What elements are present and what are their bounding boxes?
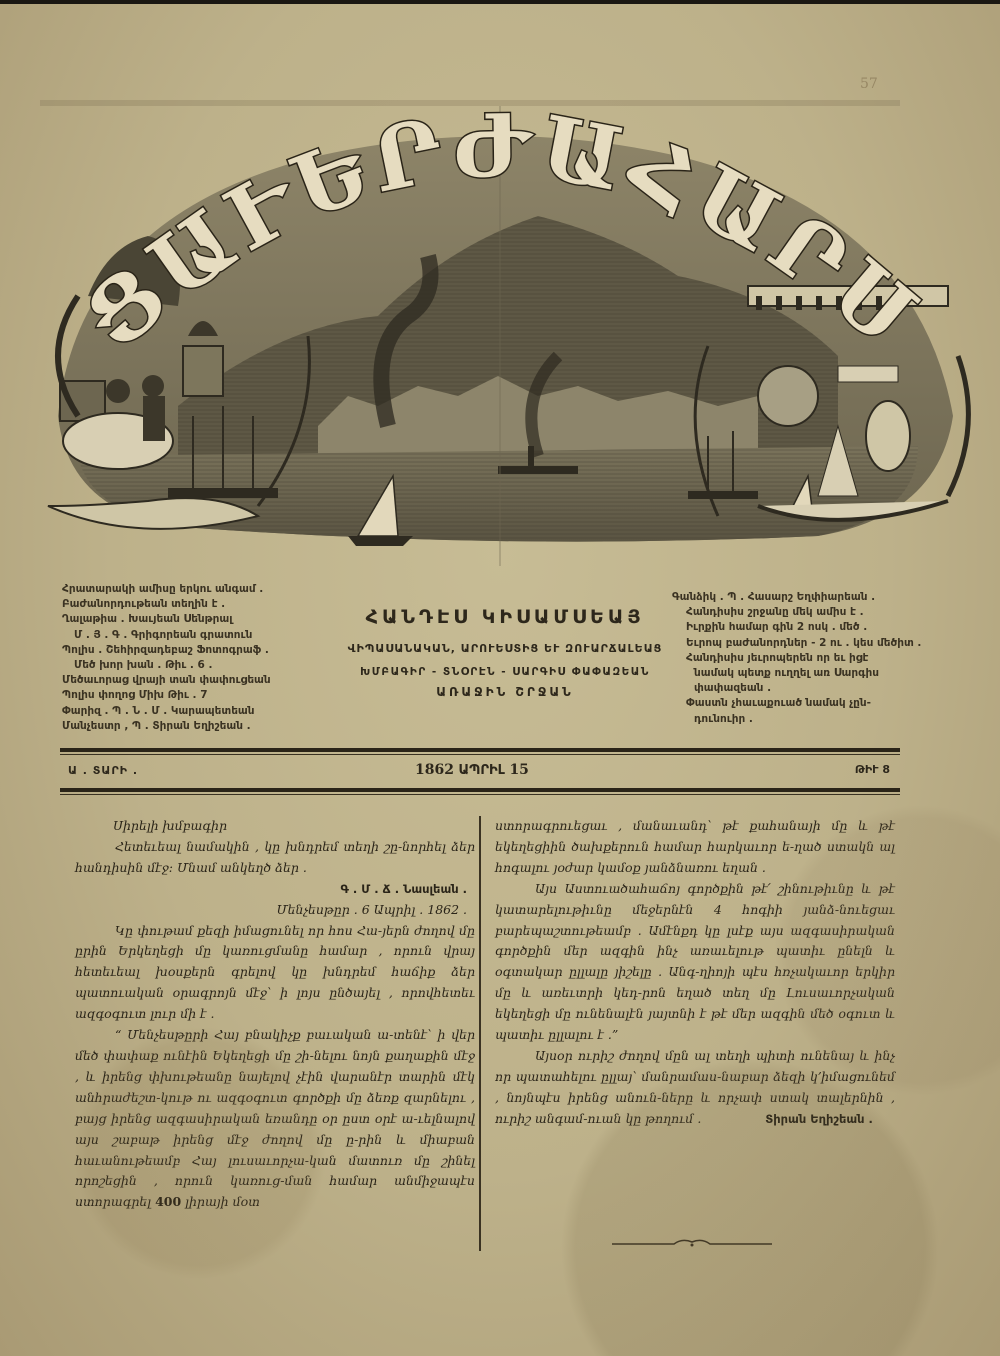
salutation: Սիրելի խմբագիր (75, 816, 475, 837)
paragraph: Այսօր ուրիշ ժողով մըն ալ տեղի պիտի ունեն… (495, 1046, 895, 1130)
info-line: նամակ պետք ուղղել առ Սարգիս (672, 666, 932, 681)
info-line: Պոլիս փողոց Միխ Թիւ . 7 (62, 688, 312, 703)
masthead: ՑԱՒԵՐԺԱՀԱՐՍ (18, 96, 983, 566)
amount-value: 400 (155, 1194, 181, 1209)
series-line: ԱՌԱՋԻՆ ՇՐՋԱՆ (320, 685, 690, 699)
info-line: Փաստն չհաւաքուած նամակ չըն- (672, 696, 932, 711)
info-line: Հանդիսիս յեւրոպերեն որ եւ իցէ (672, 651, 932, 666)
subscription-info-left: Հրատարակի ամիսը երկու անգամ . Բաժանորդու… (62, 582, 312, 734)
info-line: դունուիր . (672, 712, 932, 727)
info-line: Մ . Յ . Գ . Գրիգորեան գրատուն (62, 628, 312, 643)
issue-number-value: 8 (882, 763, 890, 776)
svg-text:ՑԱՒԵՐԺԱՀԱՐՍ: ՑԱՒԵՐԺԱՀԱՐՍ (66, 96, 939, 370)
end-ornament-icon (612, 1236, 772, 1250)
info-line: փափազեան . (672, 681, 932, 696)
info-line: Հանդիսիս շրջանը մեկ ամիս է . (672, 605, 932, 620)
paragraph-text: լիրայի մօտ (185, 1194, 260, 1209)
masthead-title: ՑԱՒԵՐԺԱՀԱՐՍ (18, 96, 983, 396)
dateline-rule-bottom (60, 788, 900, 795)
paragraph: Այս Աստուածահաճոյ գործքին թէ՛ շինութիւնը… (495, 879, 895, 1046)
dateline-rule-top (60, 748, 900, 755)
issue-month: ԱՊՐԻԼ (459, 763, 505, 778)
info-line: Եւրոպ բաժանորդներ - 2 ու . կես մեծիտ . (672, 636, 932, 651)
info-line: Բաժանորդութեան տեղին է . (62, 597, 312, 612)
newspaper-page: 57 (0, 4, 1000, 1356)
info-line: Հրատարակի ամիսը երկու անգամ . (62, 582, 312, 597)
article-column-left: Սիրելի խմբագիր Հետեւեալ նամակին , կը խնդ… (75, 816, 475, 1213)
paragraph-text: “ Մենչեսթըրի Հայ բնակիչք բաւական ա-տենէ՝… (75, 1027, 475, 1209)
signature: Տիրան Եղիշեան . (765, 1112, 873, 1126)
info-line: Մեծ խոր խան . Թիւ . 6 . (62, 658, 312, 673)
editor-line: ԽՄԲԱԳԻՐ - ՏՆՕՐԷՆ - ՍԱՐԳԻՍ ՓԱՓԱԶԵԱՆ (320, 666, 690, 678)
article-column-right: ստորագրուեցաւ , մանաւանդ՝ թէ քահանայի մը… (495, 816, 895, 1130)
paragraph: Հետեւեալ նամակին , կը խնդրեմ տեղի շը-նոր… (75, 837, 475, 879)
subtitle-periodicity: ՀԱՆԴԷՍ ԿԻՍԱՄՍԵԱՅ (320, 606, 690, 628)
publication-subtitle: ՀԱՆԴԷՍ ԿԻՍԱՄՍԵԱՅ ՎԻՊԱՍԱՆԱԿԱՆ, ԱՐՈՒԵՍՏԻՑ … (320, 604, 690, 699)
paragraph: “ Մենչեսթըրի Հայ բնակիչք բաւական ա-տենէ՝… (75, 1025, 475, 1213)
issue-day: 15 (509, 762, 528, 778)
subscription-info-right: Գանձիկ . Պ . Հասարշ Եղփիարեան . Հանդիսիս… (672, 590, 932, 727)
info-line: Ղալաթիա . Խաւյեան Սենթրալ (62, 612, 312, 627)
info-line: Գանձիկ . Պ . Հասարշ Եղփիարեան . (672, 590, 932, 605)
volume-label: Ա . ՏԱՐԻ . (68, 764, 138, 777)
info-line: Մանչեստր , Պ . Տիրան Եղիշեան . (62, 719, 312, 734)
subtitle-genre: ՎԻՊԱՍԱՆԱԿԱՆ, ԱՐՈՒԵՍՏԻՑ ԵՒ ԶՈՒԱՐՃԱԼԵԱՑ (320, 642, 690, 655)
show-through-page-number: 57 (860, 76, 878, 92)
dateline: Ա . ՏԱՐԻ . 1862 ԱՊՐԻԼ 15 ԹԻՒ 8 (60, 761, 900, 783)
info-line: Իւրքին համար գին 2 ոսկ . մեծ . (672, 620, 932, 635)
issue-year: 1862 (415, 762, 454, 778)
info-line: Պոլիս . Շեհիրզադեբաշ Ֆոտոգրաֆ . (62, 643, 312, 658)
issue-number-label: ԹԻՒ (855, 763, 879, 776)
author-initials: Գ . Մ . Ճ . Նասլեան . (75, 879, 475, 900)
info-line: Մեծաւորաց վրայի տան փափուցեան (62, 673, 312, 688)
paragraph: ստորագրուեցաւ , մանաւանդ՝ թէ քահանայի մը… (495, 816, 895, 879)
issue-number: ԹԻՒ 8 (855, 763, 890, 776)
info-line: Փարիզ . Պ . Ն . Մ . Կարապետեան (62, 704, 312, 719)
place-date: Մենչեսթըր . 6 Ապրիլ . 1862 . (75, 900, 475, 921)
issue-date: 1862 ԱՊՐԻԼ 15 (415, 762, 529, 778)
paragraph: Կը փութամ քեզի իմացունել որ հոս Հա-յերն … (75, 921, 475, 1026)
column-divider (479, 816, 481, 1251)
